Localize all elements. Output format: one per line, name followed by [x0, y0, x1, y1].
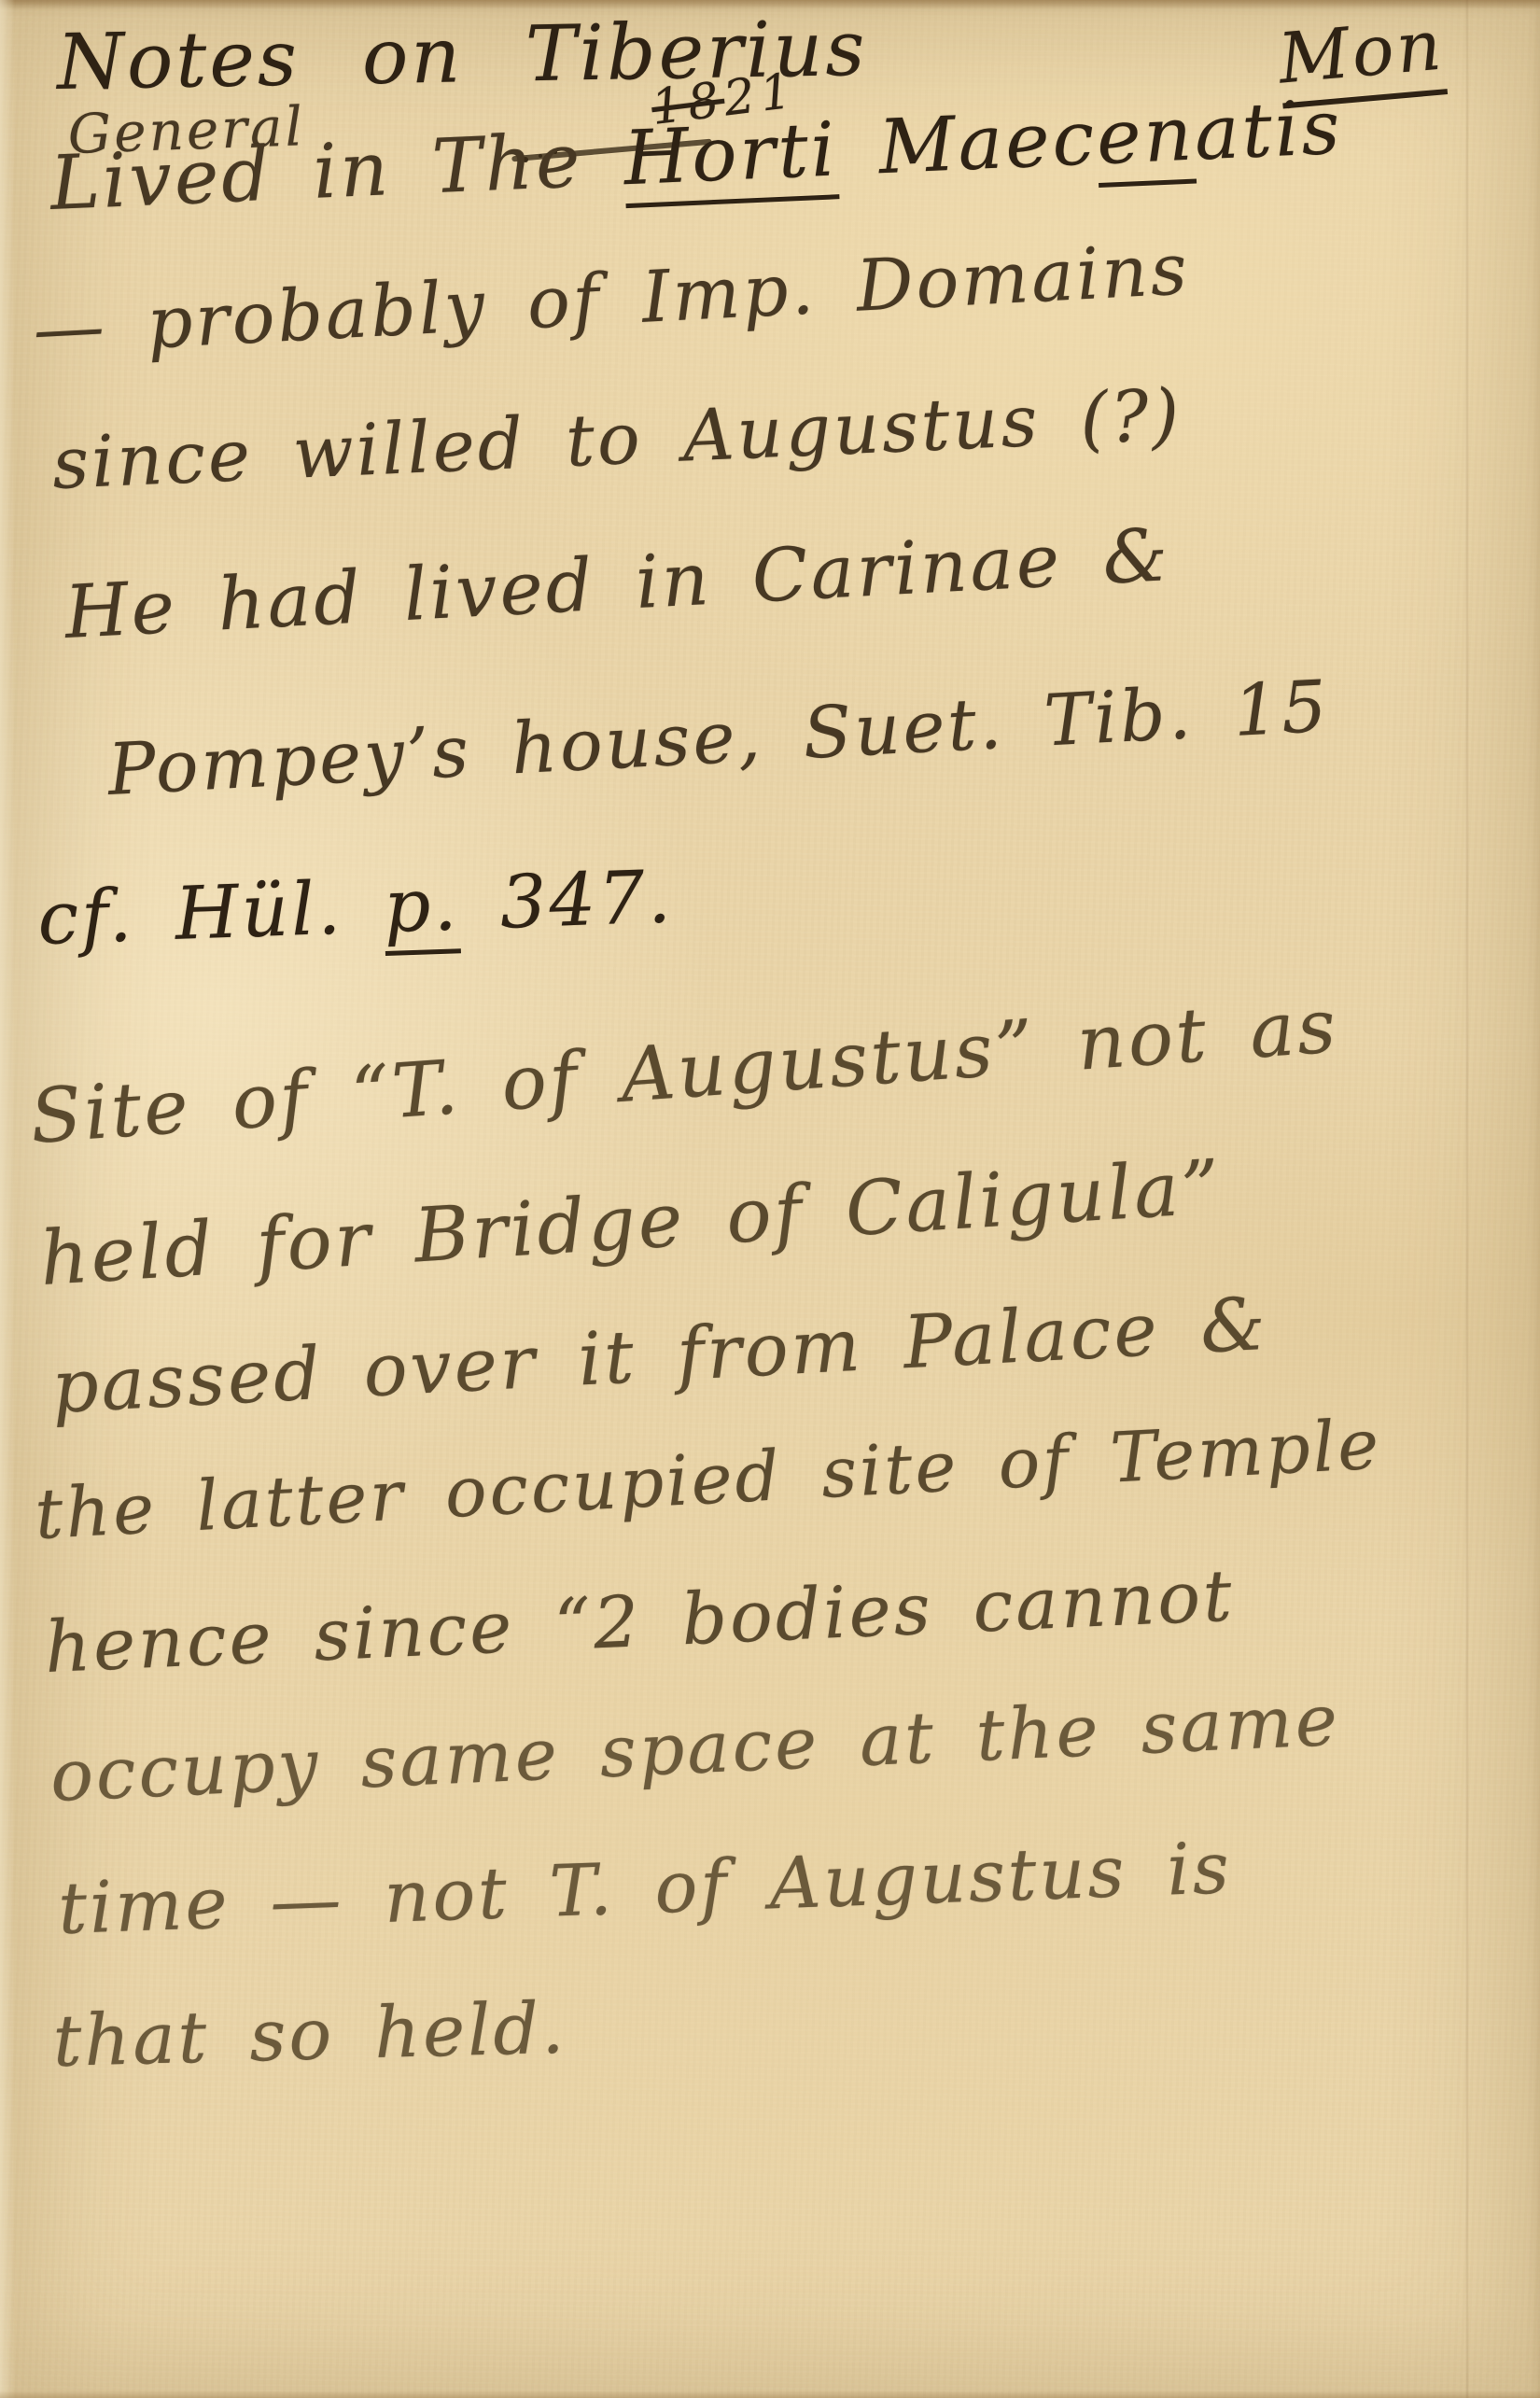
maecenatis-b-underlined: en	[1095, 91, 1197, 188]
line-citation: cf. Hül. p. 347.	[36, 855, 675, 961]
note-line: time — not T. of Augustus is	[57, 1826, 1233, 1950]
word-maecenatis: Maecenatis	[877, 84, 1345, 191]
note-line: that so held.	[52, 1986, 568, 2082]
note-line: since willed to Augustus (?)	[50, 372, 1183, 505]
citation-pre: cf. Hül.	[36, 867, 344, 961]
note-line: held for Bridge of Caligula”	[37, 1143, 1225, 1302]
note-line: hence since “2 bodies cannot	[43, 1553, 1236, 1689]
note-line: — probably of Imp. Domains	[31, 227, 1191, 371]
note-line: Site of “T. of Augustus” not as	[28, 982, 1341, 1160]
paper-crease	[1465, 0, 1469, 2398]
handwritten-note-page: Notes on Tiberius Mon General 1821 Lived…	[0, 0, 1540, 2398]
note-line: He had lived in Carinae &	[63, 513, 1172, 655]
maecenatis-c: atis	[1193, 84, 1344, 177]
maecenatis-a: Maec	[877, 94, 1099, 190]
underlined-p: p.	[383, 862, 461, 956]
underlined-word-horti: Horti	[622, 105, 839, 208]
note-line: the latter occupied site of Temple	[33, 1405, 1383, 1555]
paper-edge-left	[0, 0, 15, 2398]
note-line: passed over it from Palace &	[49, 1283, 1270, 1430]
paper-edge-bottom	[0, 2391, 1540, 2398]
note-line: Pompey’s house, Suet. Tib. 15	[105, 665, 1331, 811]
note-line: occupy same space at the same	[49, 1678, 1341, 1817]
citation-post: 347.	[498, 855, 675, 945]
